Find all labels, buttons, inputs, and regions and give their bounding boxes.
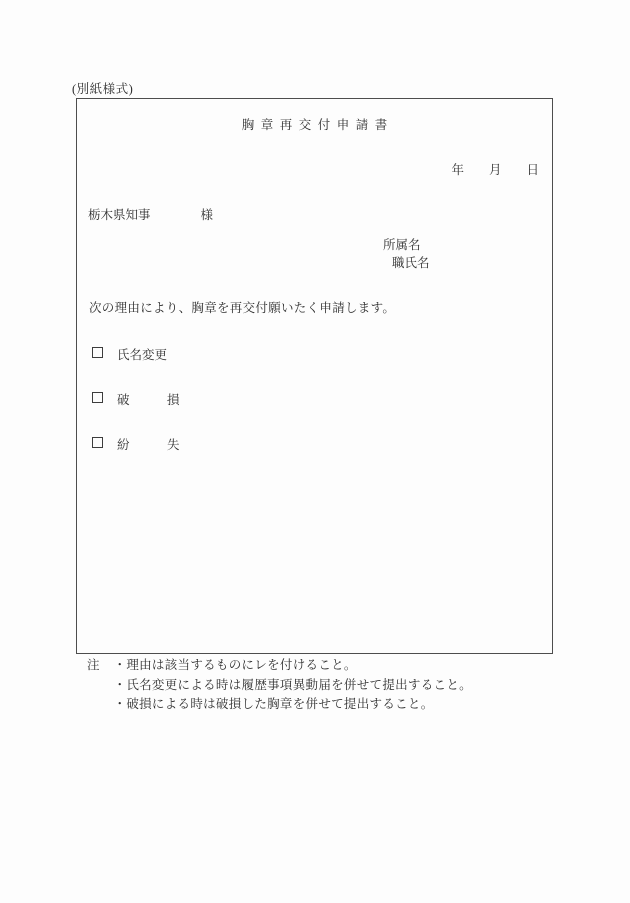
checkbox-icon — [92, 392, 103, 403]
note-item: ・理由は該当するものにレを付けること。 — [114, 656, 472, 676]
notes: 注 ・理由は該当するものにレを付けること。 ・氏名変更による時は履歴事項異動届を… — [87, 656, 472, 715]
note-item: ・破損による時は破損した胸章を併せて提出すること。 — [114, 695, 472, 715]
reason-label: 氏名変更 — [117, 345, 167, 363]
checkbox-icon — [92, 437, 103, 448]
form-title: 胸章再交付申請書 — [77, 115, 552, 133]
reason-row-damage: 破 損 — [92, 390, 180, 408]
affiliation-label: 所属名 — [383, 235, 421, 253]
note-lines: ・理由は該当するものにレを付けること。 ・氏名変更による時は履歴事項異動届を併せ… — [114, 656, 472, 715]
name-label: 職氏名 — [392, 253, 430, 271]
document-page: (別紙様式) 胸章再交付申請書 年 月 日 栃木県知事 様 所属名 職氏名 次の… — [0, 0, 630, 903]
reason-row-loss: 紛 失 — [92, 435, 180, 453]
application-statement: 次の理由により、胸章を再交付願いたく申請します。 — [89, 298, 395, 316]
reason-label: 破 損 — [117, 390, 180, 408]
note-item: ・氏名変更による時は履歴事項異動届を併せて提出すること。 — [114, 676, 472, 696]
form-box: 胸章再交付申請書 年 月 日 栃木県知事 様 所属名 職氏名 次の理由により、胸… — [76, 98, 553, 654]
reason-label: 紛 失 — [117, 435, 180, 453]
reason-row-name-change: 氏名変更 — [92, 345, 167, 363]
corner-label: (別紙様式) — [72, 79, 133, 97]
checkbox-icon — [92, 347, 103, 358]
notes-prefix: 注 — [87, 656, 100, 676]
date-line: 年 月 日 — [451, 160, 539, 178]
addressee-line: 栃木県知事 様 — [88, 205, 213, 223]
